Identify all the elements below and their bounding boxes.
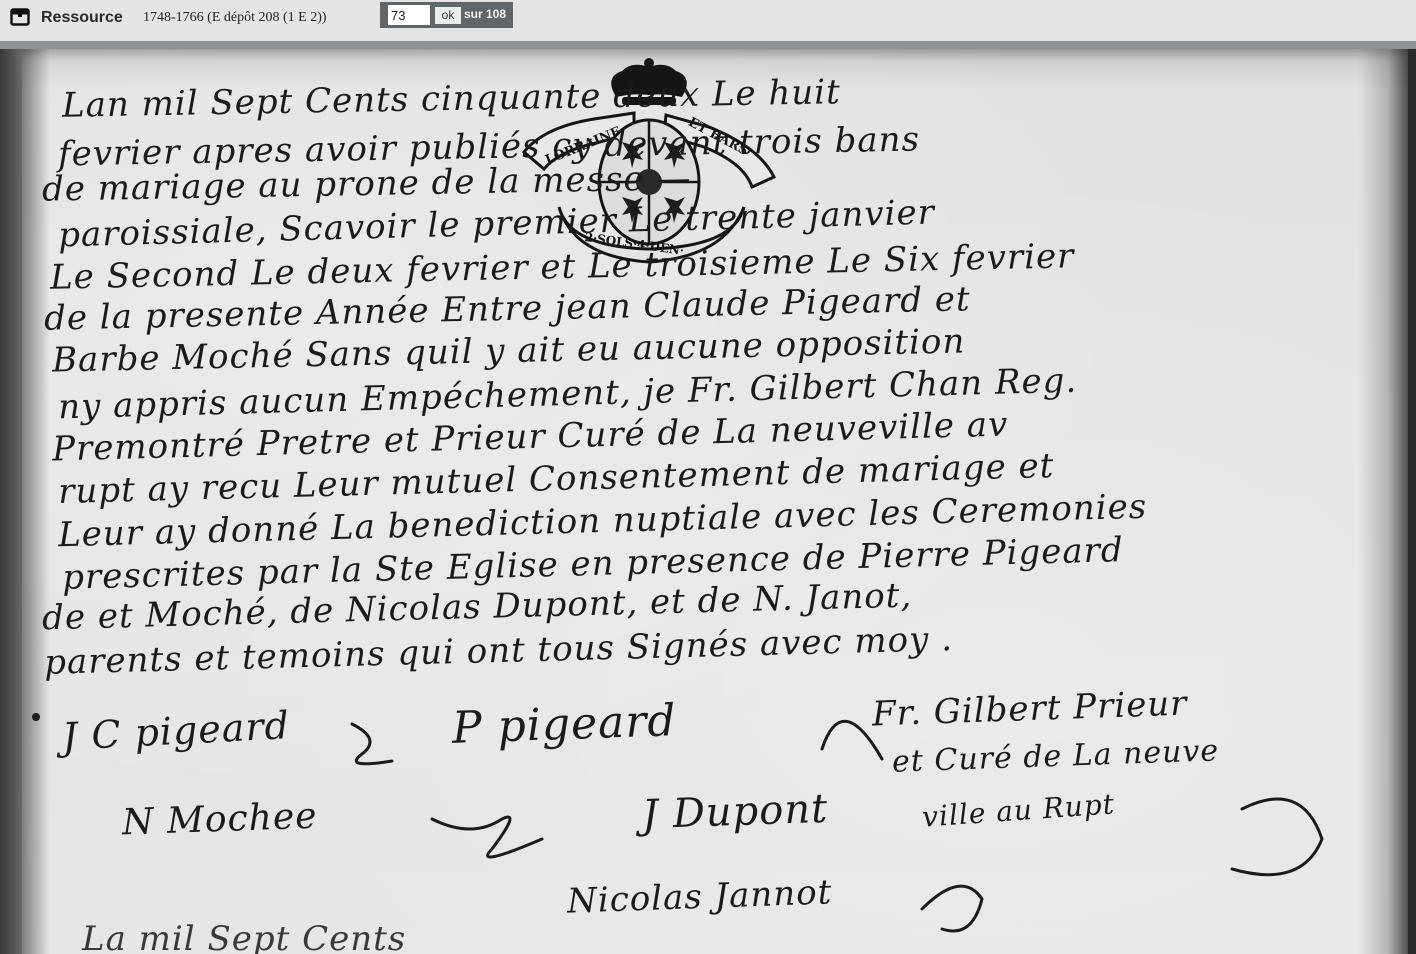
- manuscript-line-partial: La mil Sept Cents: [82, 919, 406, 954]
- document-viewer[interactable]: LORRAINE ET BARS 2·SOLS·4·DEN· Lan mil S…: [0, 49, 1416, 954]
- page-number-input[interactable]: [388, 5, 430, 25]
- resource-description: 1748-1766 (E dépôt 208 (1 E 2)): [143, 10, 327, 26]
- page-navigator: ok sur 108: [380, 2, 513, 28]
- archive-box-icon: [10, 8, 30, 26]
- header-separator: [0, 41, 1416, 49]
- manuscript-page-image: LORRAINE ET BARS 2·SOLS·4·DEN· Lan mil S…: [22, 49, 1408, 954]
- scan-margin: [0, 49, 22, 954]
- resource-header: Ressource 1748-1766 (E dépôt 208 (1 E 2)…: [0, 0, 1416, 41]
- total-pages-label: sur 108: [464, 7, 506, 21]
- signature-flourishes: [22, 49, 1408, 954]
- go-to-page-button[interactable]: ok: [435, 7, 461, 24]
- resource-label: Ressource: [41, 9, 123, 27]
